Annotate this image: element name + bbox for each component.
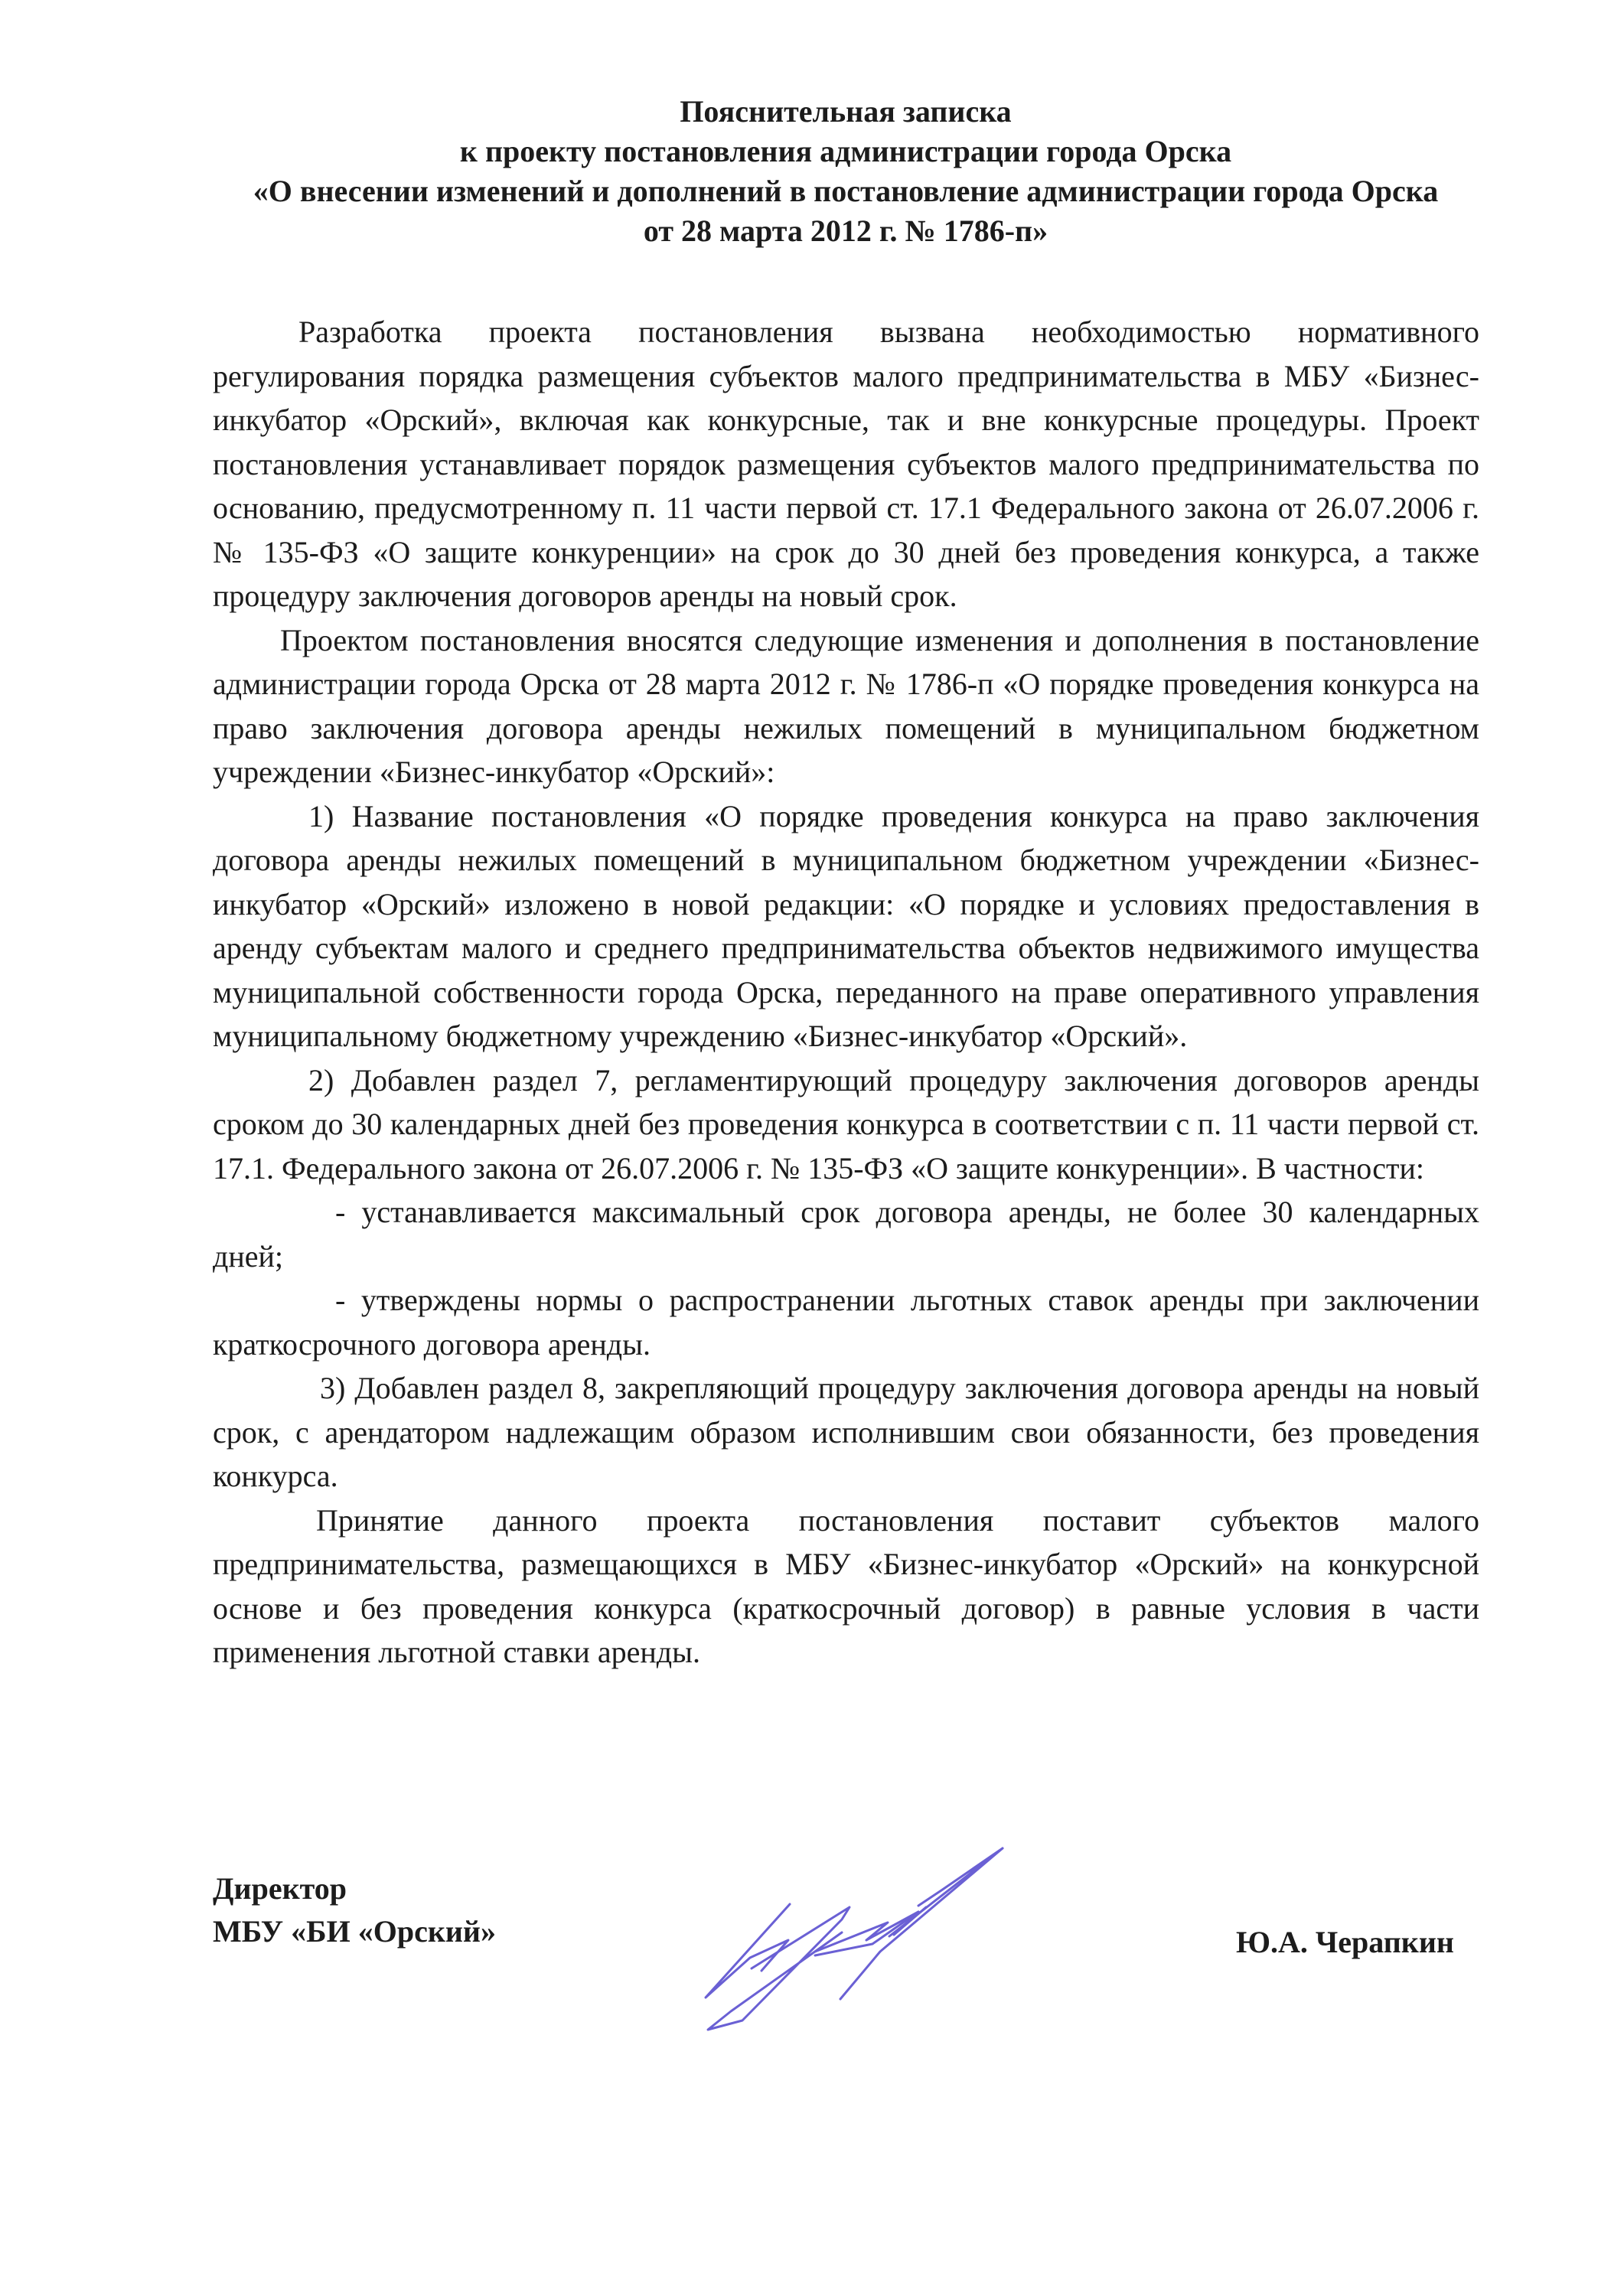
- signatory-position: Директор МБУ «БИ «Орский»: [213, 1867, 496, 1953]
- title-line-2: к проекту постановления администрации го…: [207, 132, 1485, 171]
- title-line-4: от 28 марта 2012 г. № 1786-п»: [207, 211, 1485, 251]
- signatory-organization: МБУ «БИ «Орский»: [213, 1910, 496, 1953]
- handwritten-signature: [689, 1837, 1033, 2051]
- document-page: Пояснительная записка к проекту постанов…: [0, 0, 1624, 2296]
- paragraph-intro: Разработка проекта постановления вызвана…: [213, 310, 1479, 618]
- paragraph-item-1: 1) Название постановления «О порядке про…: [213, 794, 1479, 1058]
- paragraph-dash-2: - утверждены нормы о распространении льг…: [213, 1278, 1479, 1366]
- document-title: Пояснительная записка к проекту постанов…: [207, 92, 1485, 251]
- title-line-3: «О внесении изменений и дополнений в пос…: [207, 171, 1485, 211]
- paragraph-changes: Проектом постановления вносятся следующи…: [213, 618, 1479, 794]
- paragraph-dash-1: - устанавливается максимальный срок дого…: [213, 1190, 1479, 1278]
- paragraph-item-2: 2) Добавлен раздел 7, регламентирующий п…: [213, 1058, 1479, 1191]
- signatory-name: Ю.А. Черапкин: [1236, 1921, 1454, 1964]
- paragraph-conclusion: Принятие данного проекта постановления п…: [213, 1499, 1479, 1675]
- title-line-1: Пояснительная записка: [207, 92, 1485, 132]
- document-body: Разработка проекта постановления вызвана…: [213, 310, 1479, 1675]
- paragraph-item-3: 3) Добавлен раздел 8, закрепляющий проце…: [213, 1366, 1479, 1499]
- signatory-title: Директор: [213, 1867, 496, 1910]
